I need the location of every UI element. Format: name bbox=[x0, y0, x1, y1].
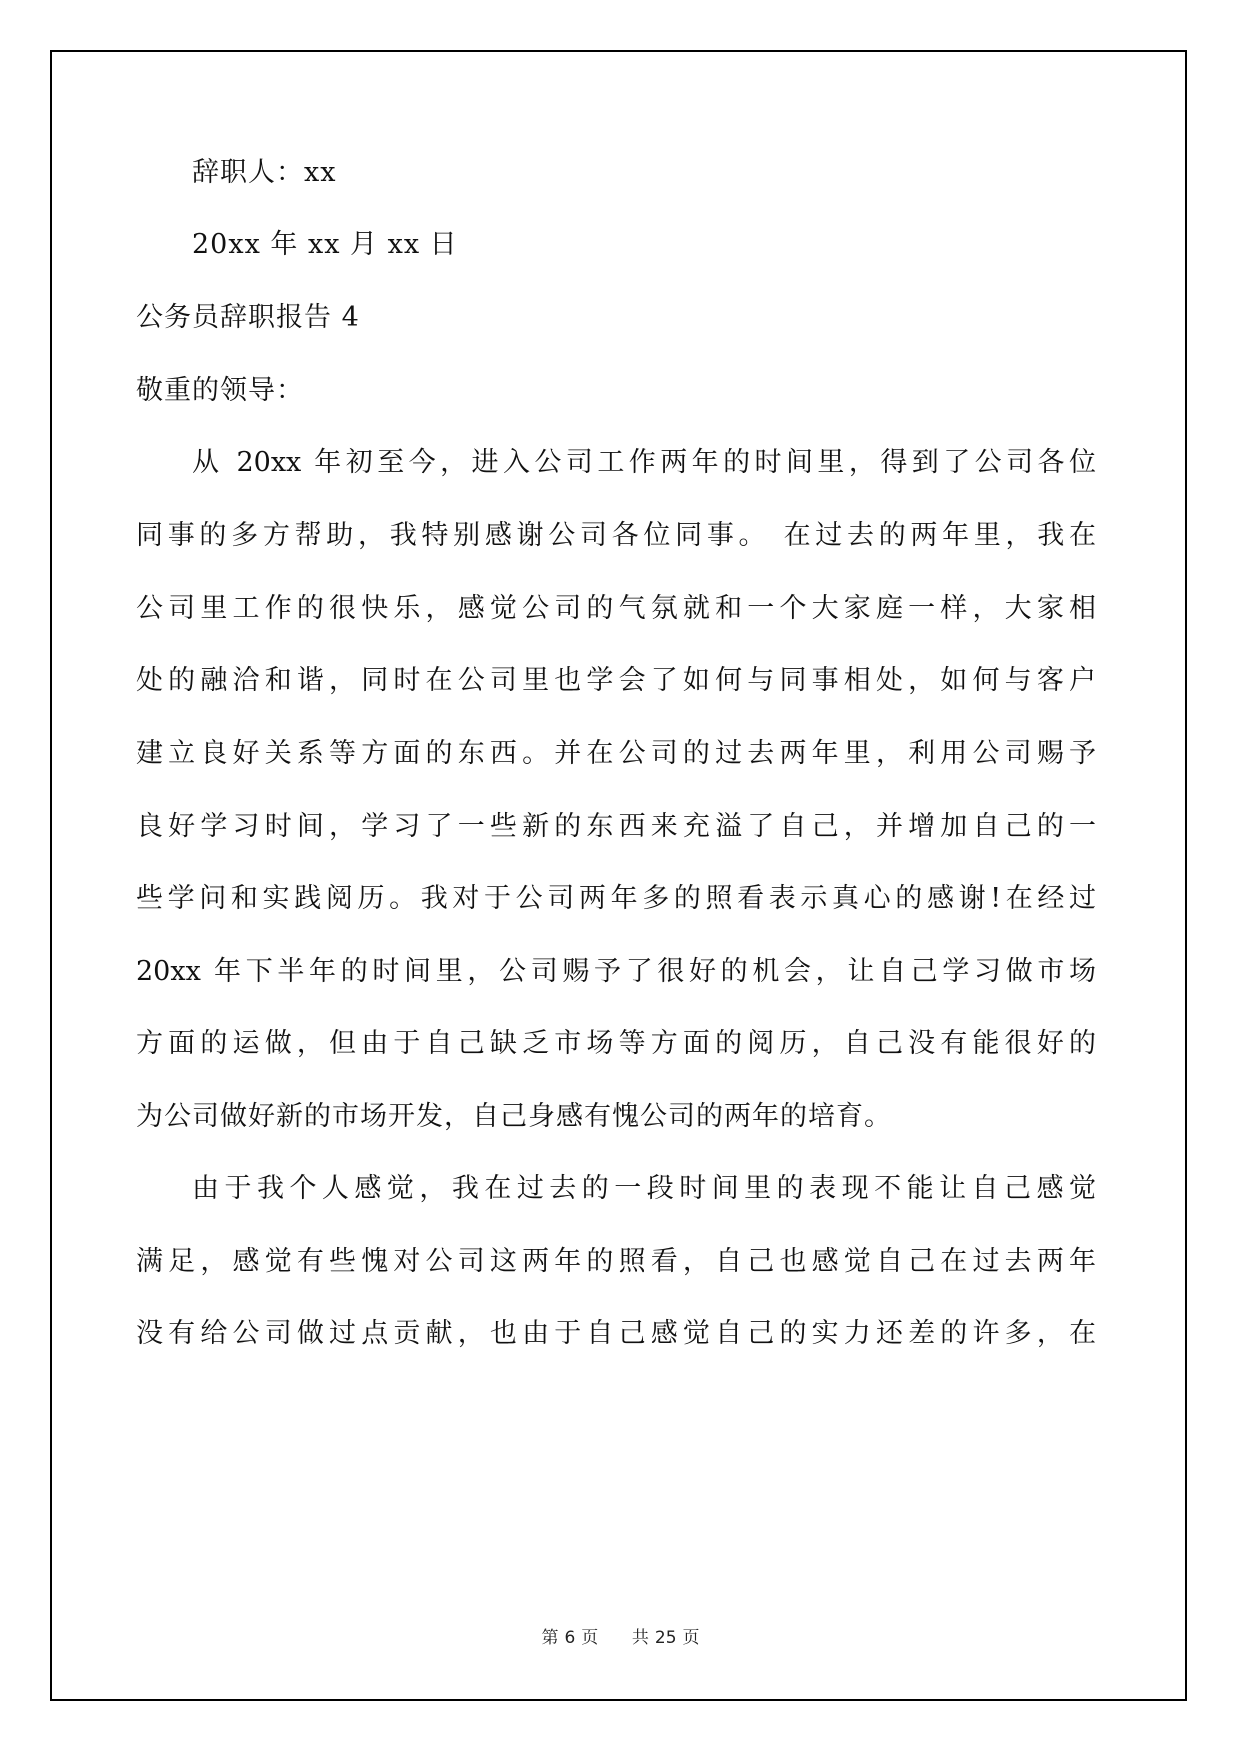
page-footer: 第6页 共25页 bbox=[0, 1623, 1241, 1648]
salutation: 敬重的领导： bbox=[136, 374, 304, 408]
total-pages-indicator: 共25页 bbox=[629, 1628, 703, 1648]
paragraph-line: 由于我个人感觉，我在过去的一段时间里的表现不能让自己感觉 bbox=[192, 1172, 1096, 1206]
paragraph-line: 20xx 年下半年的时间里，公司赐予了很好的机会，让自己学习做市场 bbox=[136, 955, 1096, 989]
paragraph-line: 公司里工作的很快乐，感觉公司的气氛就和一个大家庭一样，大家相 bbox=[136, 592, 1096, 626]
page-indicator: 第6页 bbox=[538, 1628, 601, 1648]
paragraph-line: 为公司做好新的市场开发，自己身感有愧公司的两年的培育。 bbox=[136, 1100, 892, 1134]
paragraph-line: 些学问和实践阅历。我对于公司两年多的照看表示真心的感谢!在经过 bbox=[136, 882, 1096, 916]
section-title: 公务员辞职报告 4 bbox=[136, 301, 360, 335]
paragraph-line: 方面的运做，但由于自己缺乏市场等方面的阅历，自己没有能很好的 bbox=[136, 1027, 1096, 1061]
paragraph-line: 满足，感觉有些愧对公司这两年的照看，自己也感觉自己在过去两年 bbox=[136, 1245, 1096, 1279]
paragraph-line: 没有给公司做过点贡献，也由于自己感觉自己的实力还差的许多，在 bbox=[136, 1317, 1096, 1351]
paragraph-line: 良好学习时间，学习了一些新的东西来充溢了自己，并增加自己的一 bbox=[136, 810, 1096, 844]
paragraph-line: 同事的多方帮助，我特别感谢公司各位同事。 在过去的两年里，我在 bbox=[136, 519, 1096, 553]
paragraph-line: 建立良好关系等方面的东西。并在公司的过去两年里，利用公司赐予 bbox=[136, 737, 1096, 771]
page-border bbox=[50, 50, 1187, 1701]
date-line: 20xx 年 xx 月 xx 日 bbox=[192, 228, 458, 262]
paragraph-line: 从 20xx 年初至今，进入公司工作两年的时间里，得到了公司各位 bbox=[192, 446, 1096, 480]
paragraph-line: 处的融洽和谐，同时在公司里也学会了如何与同事相处，如何与客户 bbox=[136, 664, 1096, 698]
resigner-line: 辞职人：xx bbox=[192, 156, 336, 190]
